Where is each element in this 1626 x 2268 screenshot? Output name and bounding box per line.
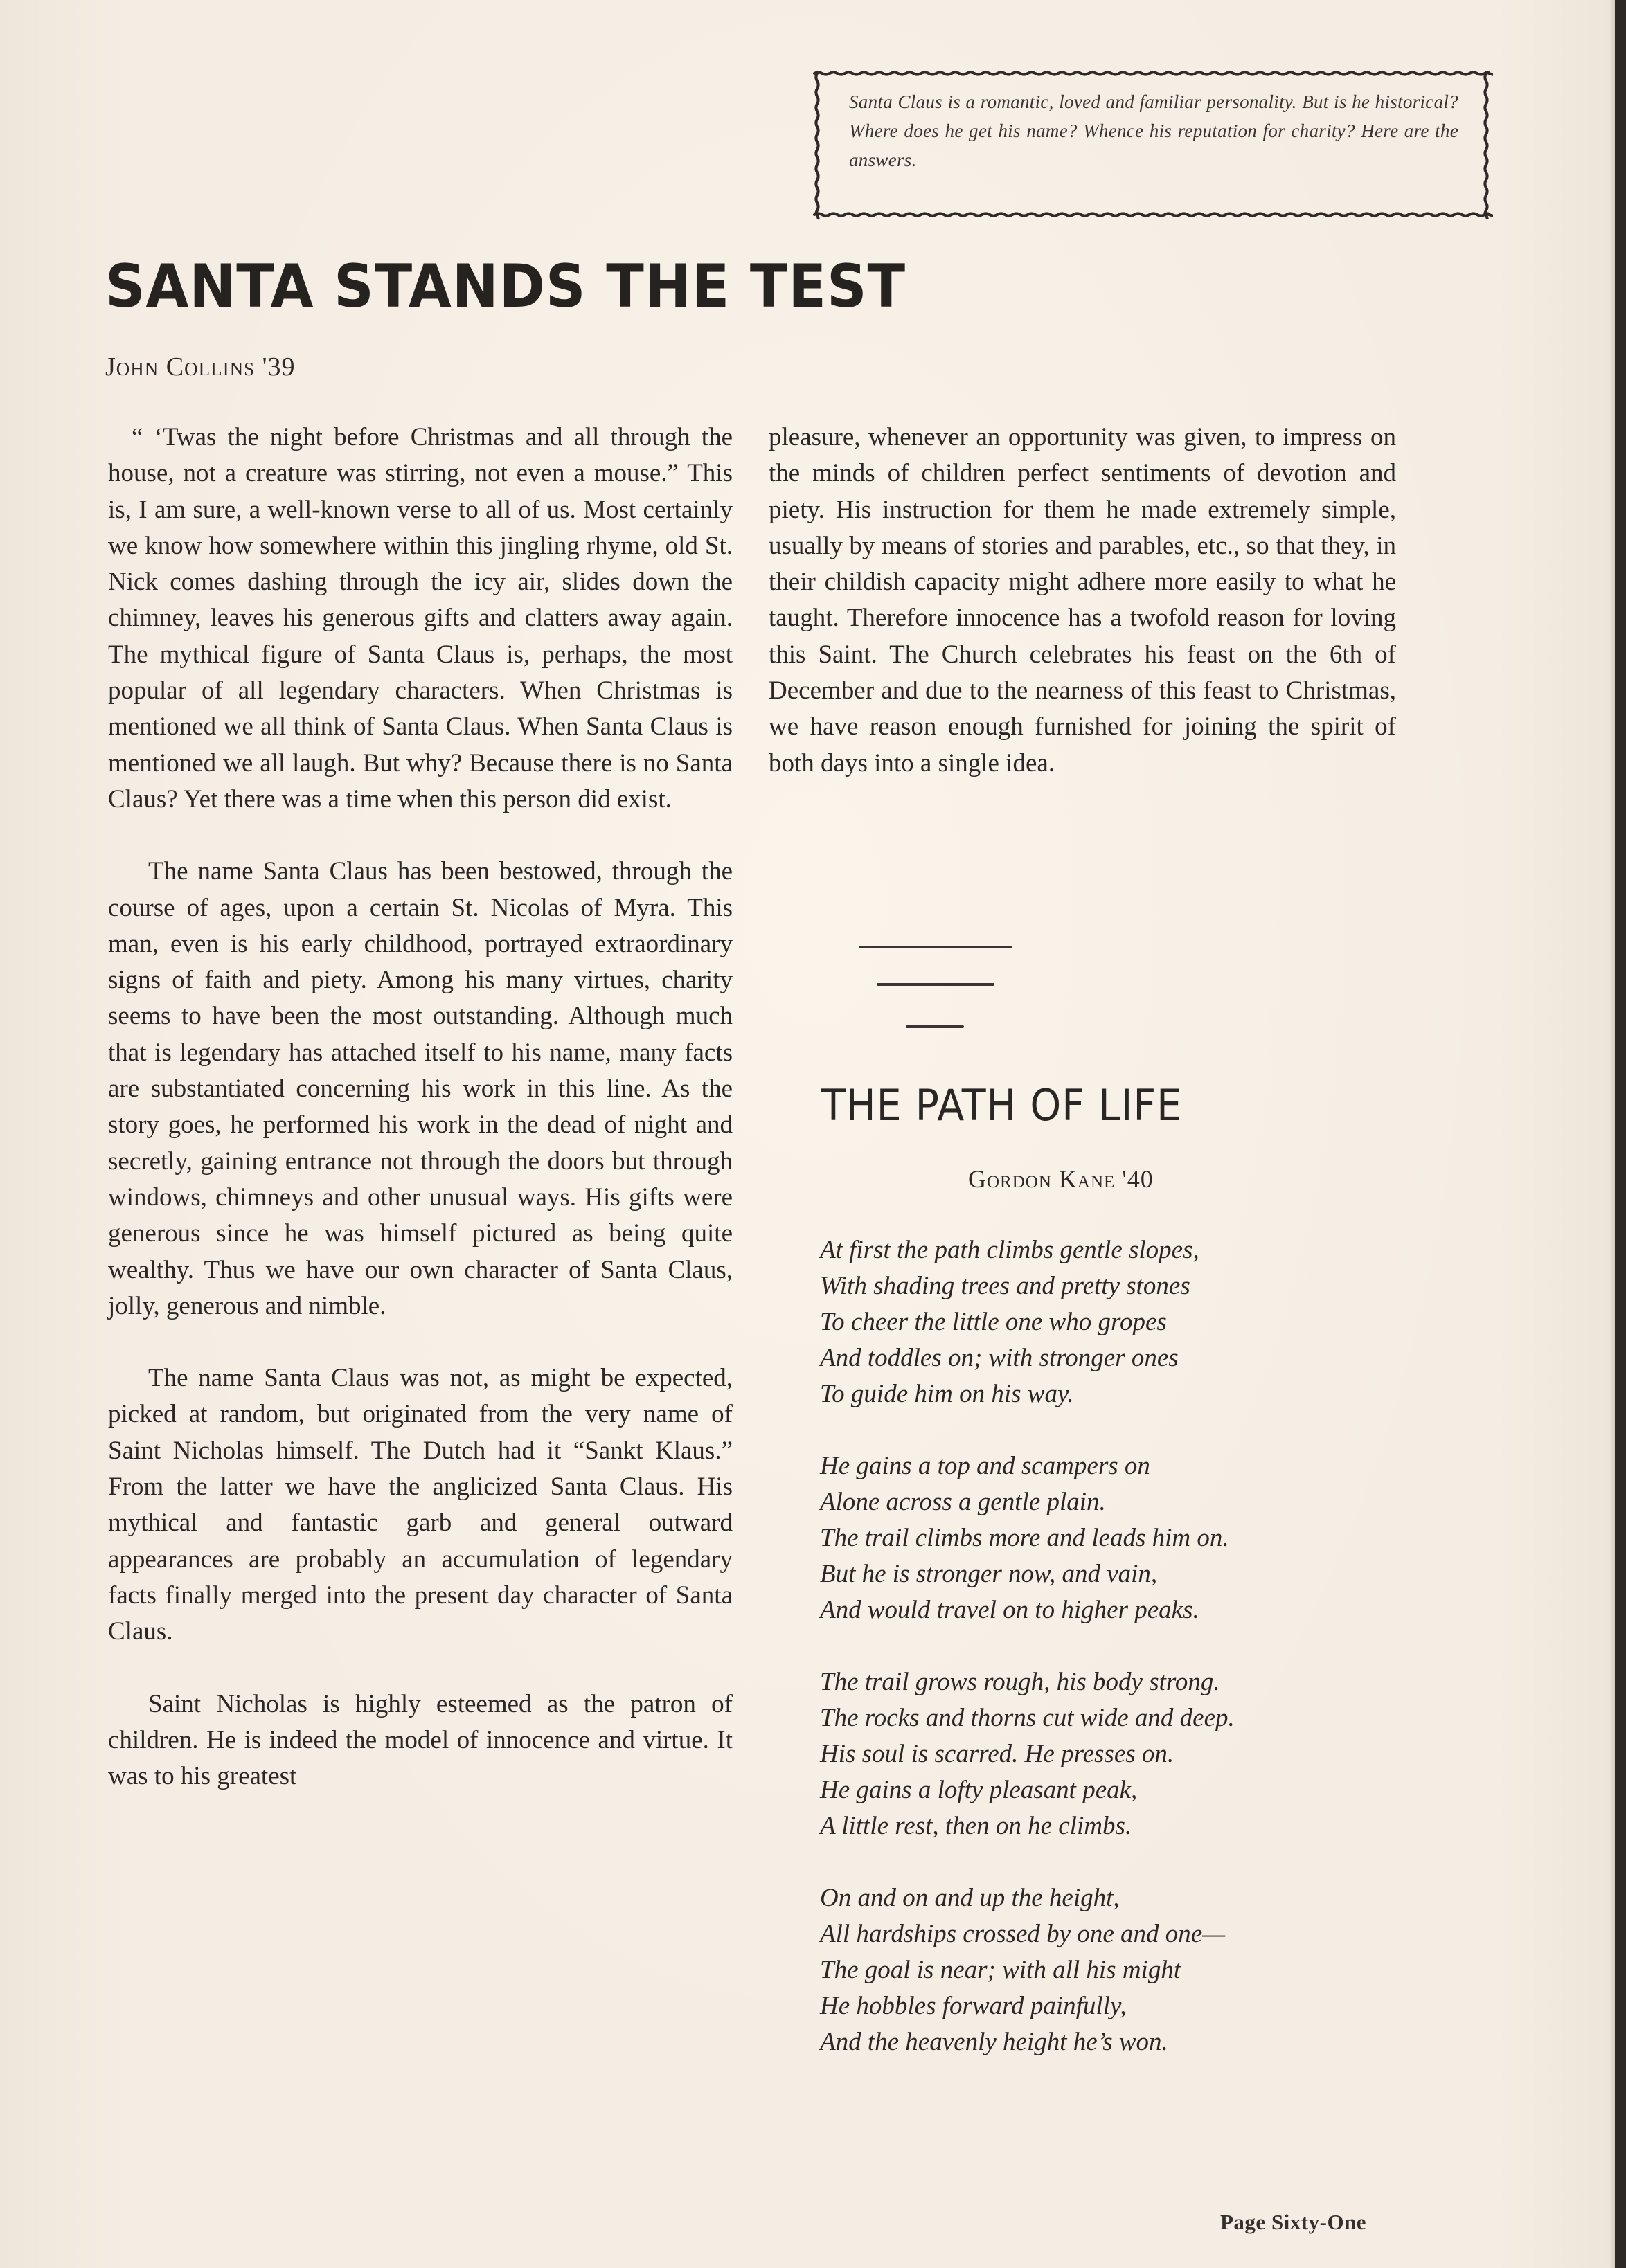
verse-line: And would travel on to higher peaks.: [820, 1592, 1374, 1628]
poem-title: THE PATH OF LIFE: [821, 1080, 1182, 1131]
verse-line: His soul is scarred. He presses on.: [820, 1736, 1374, 1772]
article-paragraph: The name Santa Claus was not, as might b…: [108, 1360, 733, 1650]
verse-line: The goal is near; with all his might: [820, 1952, 1374, 1988]
verse-line: But he is stronger now, and vain,: [820, 1556, 1374, 1592]
verse-line: To guide him on his way.: [820, 1376, 1374, 1412]
poem-body: At first the path climbs gentle slopes, …: [820, 1232, 1374, 2060]
article-title: SANTA STANDS THE TEST: [105, 252, 906, 321]
verse-line: At first the path climbs gentle slopes,: [820, 1232, 1374, 1268]
separator-rule: [859, 946, 1012, 948]
poem-stanza: At first the path climbs gentle slopes, …: [820, 1232, 1374, 1412]
verse-line: And toddles on; with stronger ones: [820, 1340, 1374, 1376]
binding-edge: [1615, 0, 1626, 2268]
page-number: Page Sixty-One: [1220, 2210, 1366, 2235]
verse-line: A little rest, then on he climbs.: [820, 1808, 1374, 1844]
verse-line: With shading trees and pretty stones: [820, 1268, 1374, 1304]
verse-line: Alone across a gentle plain.: [820, 1484, 1374, 1520]
poem-byline: Gordon Kane '40: [968, 1164, 1154, 1194]
verse-line: The rocks and thorns cut wide and deep.: [820, 1700, 1374, 1736]
intro-box: Santa Claus is a romantic, loved and fam…: [810, 64, 1493, 224]
verse-line: And the heavenly height he’s won.: [820, 2024, 1374, 2060]
poem-stanza: He gains a top and scampers on Alone acr…: [820, 1448, 1374, 1628]
verse-line: He gains a top and scampers on: [820, 1448, 1374, 1484]
verse-line: He gains a lofty pleasant peak,: [820, 1772, 1374, 1808]
article-paragraph: Saint Nicholas is highly esteemed as the…: [108, 1686, 733, 1795]
intro-text: Santa Claus is a romantic, loved and fam…: [849, 87, 1458, 174]
article-paragraph: “ ‘Twas the night before Christmas and a…: [108, 420, 733, 818]
verse-line: He hobbles forward painfully,: [820, 1988, 1374, 2024]
verse-line: All hardships crossed by one and one—: [820, 1916, 1374, 1952]
article-paragraph: The name Santa Claus has been bestowed, …: [108, 854, 733, 1324]
poem-stanza: On and on and up the height, All hardshi…: [820, 1880, 1374, 2060]
verse-line: To cheer the little one who gropes: [820, 1304, 1374, 1340]
article-column-left: “ ‘Twas the night before Christmas and a…: [108, 420, 733, 1794]
article-column-right: pleasure, whenever an opportunity was gi…: [769, 420, 1396, 782]
separator-rule: [877, 983, 994, 986]
binding-shadow: [1609, 0, 1615, 2268]
article-paragraph: pleasure, whenever an opportunity was gi…: [769, 420, 1396, 782]
separator-rule: [906, 1025, 964, 1028]
article-byline: John Collins '39: [105, 352, 295, 382]
verse-line: The trail grows rough, his body strong.: [820, 1664, 1374, 1700]
poem-stanza: The trail grows rough, his body strong. …: [820, 1664, 1374, 1844]
verse-line: The trail climbs more and leads him on.: [820, 1520, 1374, 1556]
verse-line: On and on and up the height,: [820, 1880, 1374, 1916]
